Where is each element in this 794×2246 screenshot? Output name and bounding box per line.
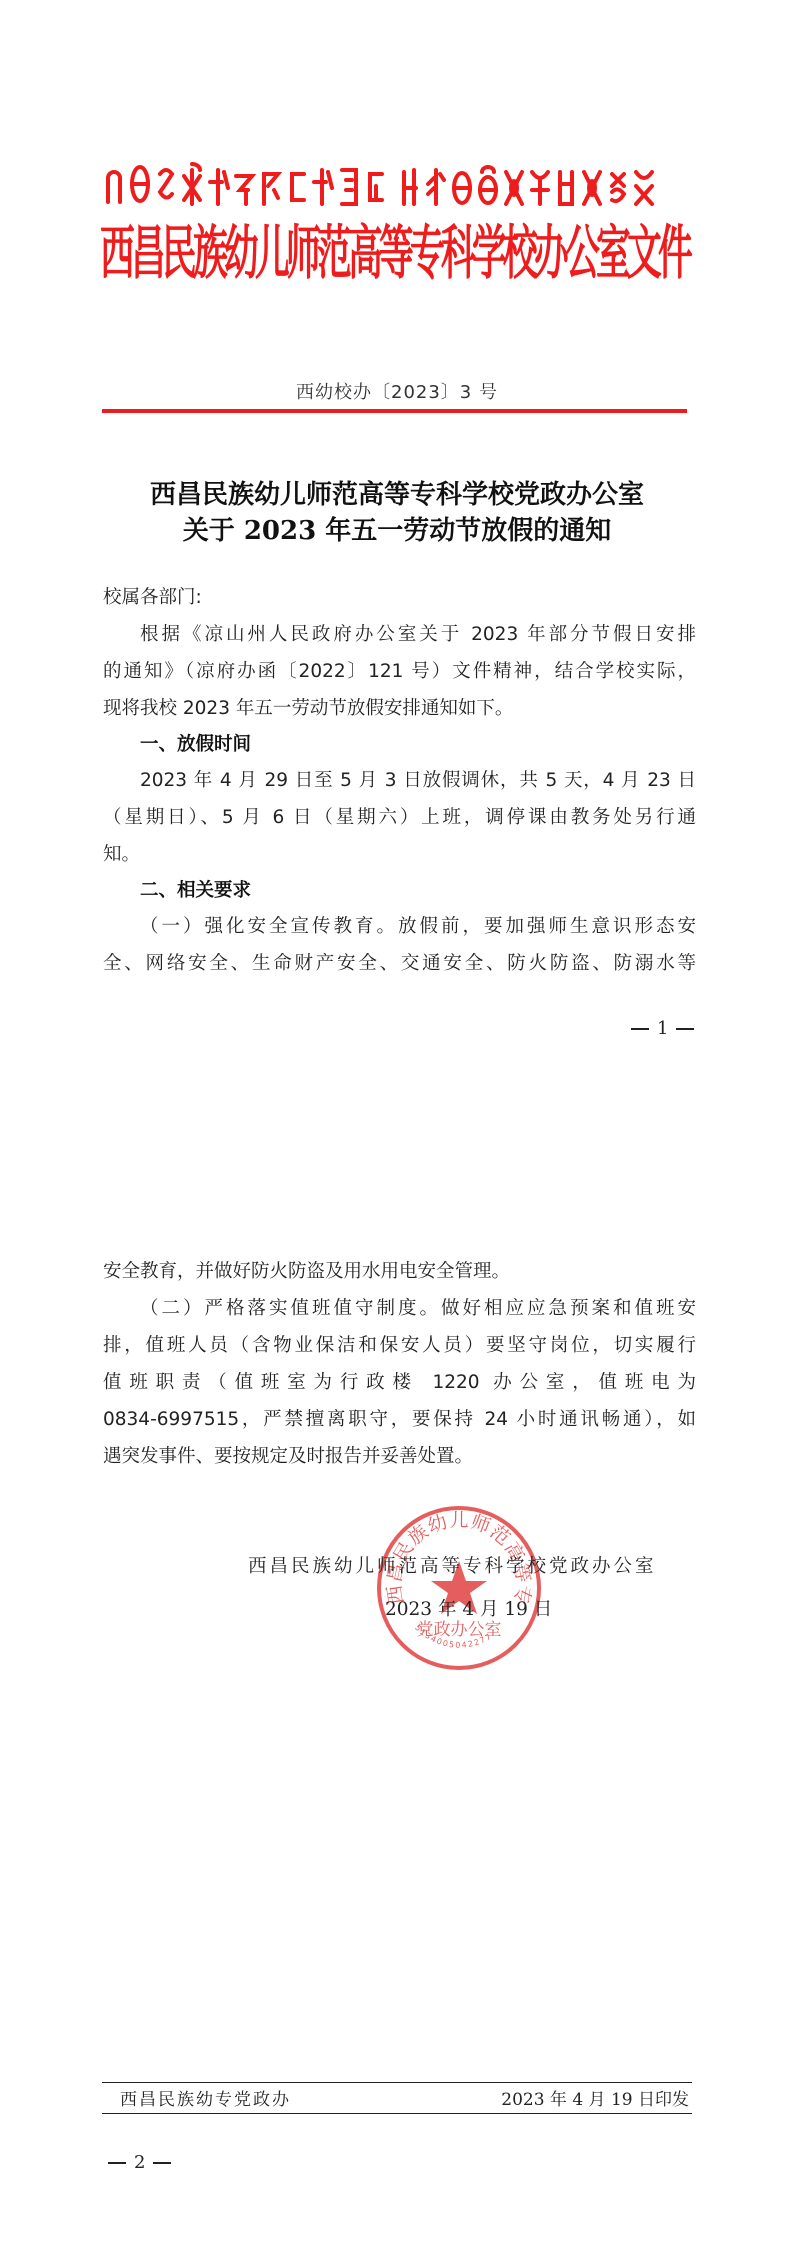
intro-line: 的通知》（凉府办函〔2022〕121 号）文件精神，结合学校实际， (103, 657, 696, 683)
notice-title-line1: 西昌民族幼儿师范高等专科学校党政办公室 (0, 474, 794, 511)
document-number: 西幼校办〔2023〕3 号 (0, 378, 794, 404)
section2-item1-line: （一）强化安全宣传教育。放假前，要加强师生意识形态安 (140, 912, 696, 938)
salutation: 校属各部门: (103, 583, 696, 609)
section-heading-time: 一、放假时间 (140, 730, 251, 756)
section2-item2-line: 排，值班人员（含物业保洁和保安人员）要坚守岗位，切实履行 (103, 1331, 696, 1357)
section2-item2-line: （二）严格落实值班值守制度。做好相应应急预案和值班安 (140, 1294, 696, 1320)
red-divider (102, 409, 687, 413)
signature-organization: 西昌民族幼儿师范高等专科学校党政办公室 (248, 1552, 657, 1578)
signature-date: 2023 年 4 月 19 日 (385, 1595, 552, 1621)
section2-item1-line: 全、网络安全、生命财产安全、交通安全、防火防盗、防溺水等 (103, 949, 696, 975)
footer-bottom-rule (102, 2113, 692, 2114)
section2-item2-line: 0834-6997515，严禁擅离职守，要保持 24 小时通讯畅通），如 (103, 1405, 696, 1431)
section2-item2-line: 遇突发事件、要按规定及时报告并妥善处置。 (103, 1442, 696, 1468)
section2-item1-line: 安全教育，并做好防火防盗及用水用电安全管理。 (103, 1257, 696, 1283)
footer-issue-date: 2023 年 4 月 19 日印发 (501, 2085, 689, 2110)
page-number-2: 2 (100, 2152, 179, 2173)
page-number-1: 1 (623, 1018, 702, 1039)
section1-line: （星期日）、5 月 6 日（星期六）上班，调停课由教务处另行通 (103, 803, 696, 829)
official-seal: 西昌民族幼儿师范高等专科学校 党政办公室 5134005042277 (374, 1503, 544, 1673)
section1-line: 知。 (103, 840, 696, 866)
dash-right (153, 2162, 171, 2164)
notice-title-line2: 关于 2023 年五一劳动节放假的通知 (0, 510, 794, 547)
dash-right (676, 1028, 694, 1030)
footer-issuer: 西昌民族幼专党政办 (120, 2085, 291, 2110)
section1-line: 2023 年 4 月 29 日至 5 月 3 日放假调休，共 5 天，4 月 2… (140, 766, 696, 792)
yi-script-header (100, 160, 690, 208)
dash-left (108, 2162, 126, 2164)
dash-left (631, 1028, 649, 1030)
footer-top-rule (102, 2082, 692, 2083)
red-letterhead-title: 西昌民族幼儿师范高等专科学校办公室文件 (100, 210, 466, 298)
intro-line: 现将我校 2023 年五一劳动节放假安排通知如下。 (103, 694, 696, 720)
section-heading-requirements: 二、相关要求 (140, 876, 251, 902)
intro-line: 根据《凉山州人民政府办公室关于 2023 年部分节假日安排 (140, 620, 696, 646)
section2-item2-line: 值班职责（值班室为行政楼 1220 办公室，值班电为 (103, 1368, 696, 1394)
